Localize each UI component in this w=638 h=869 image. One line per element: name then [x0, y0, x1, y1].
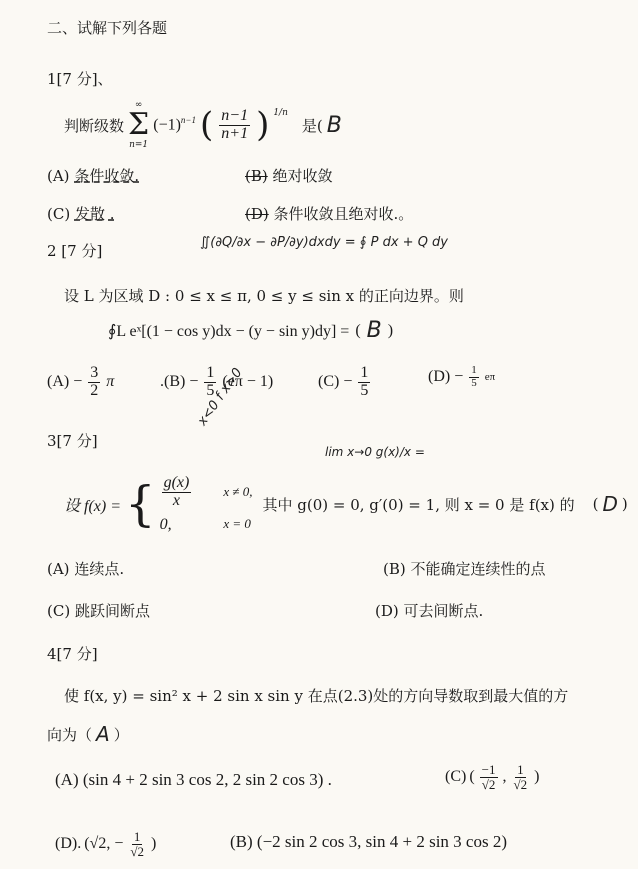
q3-handwritten-answer: D — [602, 492, 617, 516]
q3-number: 3[7 分] — [47, 430, 98, 451]
q4-option-c: (C) ( −1√2 , 1√2 ) — [445, 763, 539, 791]
q4-stem-line1: 使 f(x, y) = sin² x + 2 sin x sin y 在点(2.… — [64, 685, 568, 706]
q1-option-d: (D) 条件收敛且绝对收.。 — [245, 203, 413, 224]
q1-option-a: (A) 条件收敛. — [47, 165, 139, 186]
q2-integral: ∮L eˣ[(1 − cos y)dx − (y − sin y)dy] = (… — [108, 318, 393, 343]
q3-option-a: (A) 连续点. — [47, 558, 124, 579]
q2-option-d: (D) − 15 eπ — [428, 365, 495, 389]
q4-handwritten-answer: A — [96, 722, 110, 746]
q1-number: 1[7 分]、 — [47, 68, 113, 89]
q4-option-b: (B) (−2 sin 2 cos 3, sin 4 + 2 sin 3 cos… — [230, 832, 507, 852]
q4-number: 4[7 分] — [47, 643, 98, 664]
q4-option-d: (D). (√2, − 1√2 ) — [55, 830, 156, 858]
q2-option-c: (C) − 15 — [318, 365, 372, 400]
q3-option-b: (B) 不能确定连续性的点 — [383, 558, 546, 579]
q4-stem-line2: 向为（ A ） — [47, 722, 129, 746]
q1-stem: 判断级数 ∞ Σ n=1 (−1)n−1 ( n−1 n+1 ) 1/n 是( … — [64, 100, 342, 150]
q2-handwritten-answer: B — [367, 318, 382, 343]
q2-stem: 设 L 为区域 D : 0 ≤ x ≤ π, 0 ≤ y ≤ sin x 的正向… — [64, 285, 464, 306]
q1-option-c: (C) 发散 . — [47, 203, 115, 224]
q1-option-b: (B) 绝对收敛 — [245, 165, 333, 186]
q1-handwritten-answer: B — [327, 113, 342, 138]
q3-option-c: (C) 跳跃间断点 — [47, 600, 150, 621]
q3-option-d: (D) 可去间断点. — [375, 600, 483, 621]
q3-handwritten-note-2: lim x→0 g(x)/x = — [325, 445, 425, 459]
q2-number: 2 [7 分] — [47, 240, 102, 261]
q4-option-a: (A) (sin 4 + 2 sin 3 cos 2, 2 sin 2 cos … — [55, 770, 332, 790]
q1-stem-prefix: 判断级数 — [64, 115, 124, 136]
q2-handwritten-note: ∬(∂Q/∂x − ∂P/∂y)dxdy = ∮ P dx + Q dy — [200, 235, 448, 250]
section-title: 二、试解下列各题 — [47, 17, 167, 38]
q1-fraction: n−1 n+1 — [219, 108, 250, 143]
q3-stem: 设 f(x) = { g(x)x x ≠ 0, 0, x = 0 其中 g(0)… — [64, 475, 628, 534]
q3-piecewise: g(x)x x ≠ 0, 0, x = 0 — [160, 475, 253, 534]
q2-option-a: (A) − 32 π — [47, 365, 114, 400]
q1-sigma: ∞ Σ n=1 — [128, 100, 149, 150]
